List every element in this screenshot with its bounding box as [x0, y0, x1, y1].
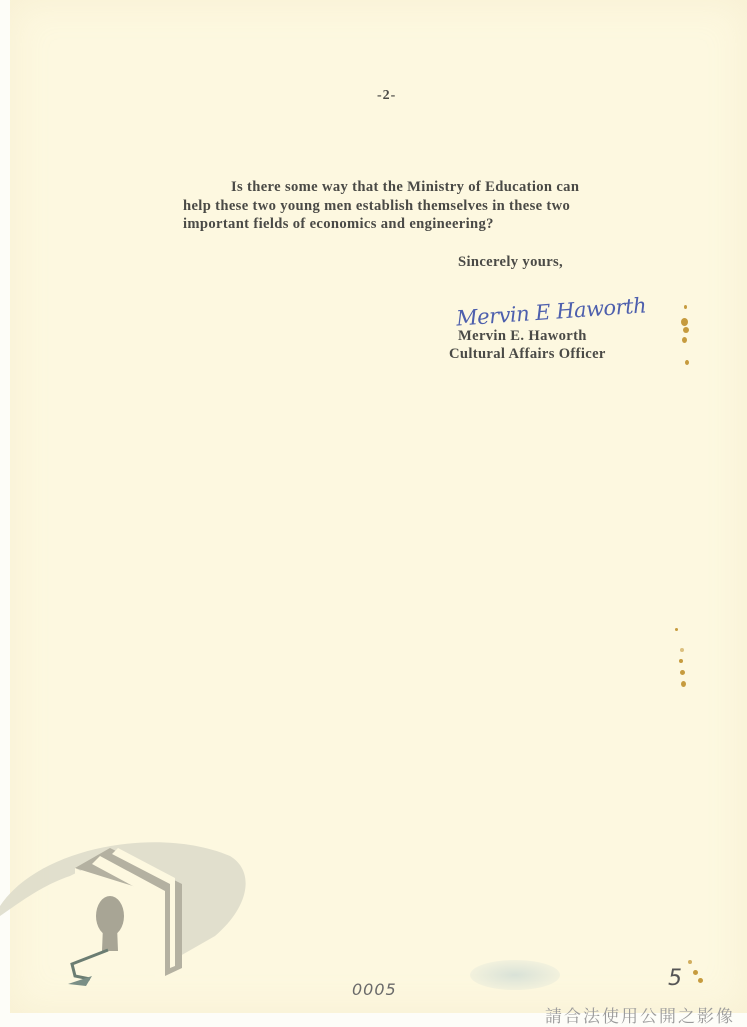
body-line: important fields of economics and engine… [183, 215, 579, 234]
signer-title: Cultural Affairs Officer [449, 346, 606, 363]
ink-smudge [470, 960, 560, 990]
archive-book-keyhole-icon [0, 826, 260, 1006]
closing: Sincerely yours, [458, 254, 563, 271]
folio-number: 0005 [352, 980, 397, 999]
body-line: help these two young men establish thems… [183, 197, 579, 216]
watermark-text: 請合法使用公開之影像 [545, 1002, 735, 1027]
body-line: Is there some way that the Ministry of E… [183, 178, 579, 197]
page-number: -2- [377, 88, 396, 104]
corner-number: 5 [668, 966, 682, 991]
body-paragraph: Is there some way that the Ministry of E… [183, 178, 579, 234]
signer-name: Mervin E. Haworth [458, 328, 587, 345]
